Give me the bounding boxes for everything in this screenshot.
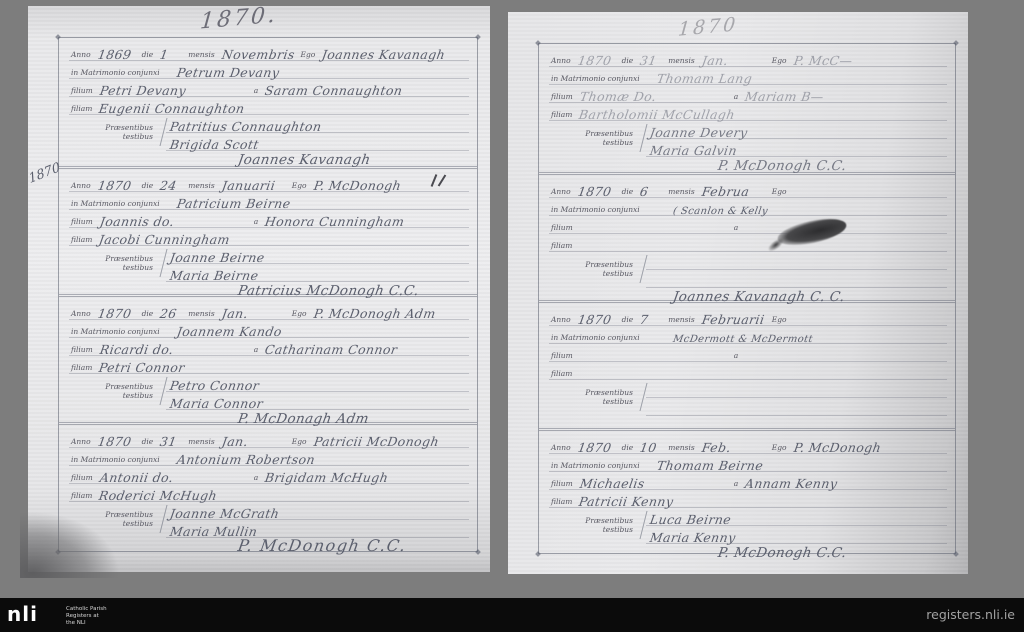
praesentibus-label: Præsentibus <box>69 123 153 132</box>
register-entry: Anno 1869 die 1 mensis Novembris Ego Joa… <box>59 38 477 166</box>
page-year-title: 1870. <box>199 2 279 34</box>
conjunxi-label: in Matrimonio conjunxi <box>551 205 640 214</box>
bride-father-value: Petri Connor <box>98 360 186 375</box>
witness1-row: Petro Connor <box>166 374 469 392</box>
witness2-value: Maria Beirne <box>169 268 260 283</box>
signature-value: P. McDonogh C.C. <box>236 536 408 555</box>
mensis-label: mensis <box>188 181 214 190</box>
mensis-label: mensis <box>188 50 214 59</box>
groom-value: Thomam Beirne <box>655 458 764 473</box>
anno-label: Anno <box>551 56 571 65</box>
groom-father-value: Thomæ Do. <box>579 89 729 104</box>
ego-label: Ego <box>772 56 787 65</box>
anno-label: Anno <box>551 443 571 452</box>
mensis-value: Januarii <box>221 178 287 193</box>
witness1-row: Joanne Devery <box>646 121 947 139</box>
witness1-row: Luca Beirne <box>646 508 947 526</box>
fathers-row: filium Petri Devany a Saram Connaughton <box>69 79 469 97</box>
witness2-value: Maria Galvin <box>649 143 738 158</box>
celebrant-value: P. McDonogh Adm <box>312 306 436 321</box>
die-value: 24 <box>159 178 183 193</box>
page-year-title: 1870 <box>677 13 739 41</box>
ego-label: Ego <box>772 315 787 324</box>
margin-year-note: 1870 <box>27 160 61 187</box>
register-form: Anno 1869 die 1 mensis Novembris Ego Joa… <box>58 37 478 552</box>
die-value: 10 <box>639 440 663 455</box>
fathers-row: filium Ricardi do. a Catharinam Connor <box>69 338 469 356</box>
praesentibus-label: Præsentibus <box>549 129 633 138</box>
groom-value: Thomam Lang <box>655 71 753 86</box>
groom-father-value: Petri Devany <box>99 83 249 98</box>
fathers-row: filium a <box>549 344 947 362</box>
anno-value: 1870 <box>96 434 136 449</box>
celebrant-value: Patricii McDonogh <box>312 434 439 449</box>
testibus-word: testibus <box>549 525 633 534</box>
groom-value: McDermott & McDermott <box>672 334 814 345</box>
groom-father-value: Joannis do. <box>99 214 249 229</box>
groom-row: in Matrimonio conjunxi Joannem Kando <box>69 320 469 338</box>
mensis-label: mensis <box>668 315 694 324</box>
ego-label: Ego <box>772 443 787 452</box>
anno-label: Anno <box>71 437 91 446</box>
filium-label: filium <box>71 86 93 95</box>
die-value: 31 <box>639 53 663 68</box>
register-entry: Anno 1870 die 7 mensis Februarii Ego in … <box>539 300 955 428</box>
witness1-value: Joanne Beirne <box>169 250 266 265</box>
register-entry: Anno 1870 die 10 mensis Feb. Ego P. McDo… <box>539 428 955 556</box>
die-label: die <box>142 50 154 59</box>
conjunxi-label: in Matrimonio conjunxi <box>71 68 160 77</box>
ego-label: Ego <box>292 437 307 446</box>
ego-label: Ego <box>300 50 315 59</box>
testibus-word: testibus <box>69 391 153 400</box>
praesentibus-label: Præsentibus <box>69 254 153 263</box>
witness2-value: Maria Connor <box>169 396 265 411</box>
anno-label: Anno <box>551 187 571 196</box>
register-page-left: 1870. 1870 Anno 1869 die 1 mensis Novemb… <box>28 6 490 572</box>
date-row: Anno 1870 die 24 mensis Januarii Ego P. … <box>69 174 469 192</box>
signature-row: P. McDonogh C.C. <box>69 536 469 552</box>
witnesses-block: Præsentibus testibus <box>549 252 947 286</box>
testibus-word: testibus <box>69 519 153 528</box>
die-label: die <box>622 443 634 452</box>
a-label: a <box>254 217 258 226</box>
tagline-line: Catholic Parish <box>66 606 107 613</box>
signature-row: P. McDonogh C.C. <box>549 155 947 171</box>
bride-father-value: Jacobi Cunningham <box>98 232 231 247</box>
filium-label: filium <box>551 479 573 488</box>
celebrant-value: Joannes Kavanagh <box>321 47 447 62</box>
bride-father-row: filiam Bartholomii McCullagh <box>549 103 947 121</box>
date-row: Anno 1870 die 31 mensis Jan. Ego Patrici… <box>69 430 469 448</box>
die-label: die <box>142 309 154 318</box>
filiam-label: filiam <box>71 363 92 372</box>
groom-father-value: Michaelis <box>579 476 729 491</box>
date-row: Anno 1870 die 7 mensis Februarii Ego <box>549 308 947 326</box>
conjunxi-label: in Matrimonio conjunxi <box>551 74 640 83</box>
corner-mark <box>55 549 61 555</box>
praesentibus-label: Præsentibus <box>69 510 153 519</box>
die-label: die <box>622 187 634 196</box>
conjunxi-label: in Matrimonio conjunxi <box>551 333 640 342</box>
nli-tagline: Catholic Parish Registers at the NLI <box>66 606 107 627</box>
bride-father-row: filiam <box>549 234 947 252</box>
signature-value: P. McDonogh C.C. <box>717 545 848 561</box>
groom-value: Joannem Kando <box>175 324 282 339</box>
a-label: a <box>254 345 258 354</box>
testibus-word: testibus <box>69 263 153 272</box>
die-value: 6 <box>639 184 663 199</box>
tagline-line: Registers at <box>66 613 107 620</box>
a-label: a <box>254 86 258 95</box>
groom-row: in Matrimonio conjunxi Thomam Lang <box>549 67 947 85</box>
register-entry: Anno 1870 die 31 mensis Jan. Ego P. McC—… <box>539 44 955 172</box>
groom-row: in Matrimonio conjunxi ( Scanlon & Kelly <box>549 198 947 216</box>
ego-label: Ego <box>772 187 787 196</box>
filiam-label: filiam <box>71 235 92 244</box>
witnesses-block: Præsentibus testibus Luca Beirne Maria K… <box>549 508 947 542</box>
filium-label: filium <box>551 351 573 360</box>
mensis-value: Jan. <box>701 53 767 68</box>
conjunxi-label: in Matrimonio conjunxi <box>71 455 160 464</box>
testibus-word: testibus <box>549 269 633 278</box>
testibus-label: Præsentibus testibus <box>549 252 633 286</box>
date-row: Anno 1870 die 6 mensis Februa Ego <box>549 180 947 198</box>
anno-label: Anno <box>71 50 91 59</box>
witness1-row <box>646 380 947 398</box>
testibus-label: Præsentibus testibus <box>549 508 633 542</box>
witnesses-block: Præsentibus testibus Patritius Connaught… <box>69 115 469 149</box>
testibus-label: Præsentibus testibus <box>549 380 633 414</box>
tagline-line: the NLI <box>66 620 107 627</box>
mensis-value: Novembris <box>221 47 296 62</box>
testibus-label: Præsentibus testibus <box>69 502 153 536</box>
anno-label: Anno <box>71 181 91 190</box>
register-entry: Anno 1870 die 26 mensis Jan. Ego P. McDo… <box>59 294 477 422</box>
witnesses-block: Præsentibus testibus Petro Connor Maria … <box>69 374 469 408</box>
testibus-word: testibus <box>549 397 633 406</box>
die-value: 1 <box>159 47 183 62</box>
die-value: 31 <box>159 434 183 449</box>
testibus-label: Præsentibus testibus <box>69 115 153 149</box>
witness1-row: Patritius Connaughton <box>166 115 469 133</box>
groom-row: in Matrimonio conjunxi Patricium Beirne <box>69 192 469 210</box>
filium-label: filium <box>71 345 93 354</box>
mensis-label: mensis <box>668 56 694 65</box>
bride-father-value: Eugenii Connaughton <box>98 101 246 116</box>
register-entry: Anno 1870 die 6 mensis Februa Ego in Mat… <box>539 172 955 300</box>
witness2-row <box>646 398 947 416</box>
die-label: die <box>142 181 154 190</box>
bride-father-value: Patricii Kenny <box>578 494 675 509</box>
celebrant-value: P. McDonogh <box>312 178 402 193</box>
conjunxi-label: in Matrimonio conjunxi <box>71 327 160 336</box>
testibus-label: Præsentibus testibus <box>549 121 633 155</box>
die-value: 7 <box>639 312 663 327</box>
bride-father-row: filiam Jacobi Cunningham <box>69 228 469 246</box>
mensis-value: Februa <box>701 184 767 199</box>
bride-value: Honora Cunningham <box>264 214 406 229</box>
witness1-value: Joanne McGrath <box>169 506 281 521</box>
register-entry: Anno 1870 die 24 mensis Januarii Ego P. … <box>59 166 477 294</box>
witnesses-block: Præsentibus testibus Joanne McGrath Mari… <box>69 502 469 536</box>
groom-value: ( Scanlon & Kelly <box>672 206 769 217</box>
bride-value: Brigidam McHugh <box>264 470 390 485</box>
praesentibus-label: Præsentibus <box>549 260 633 269</box>
fathers-row: filium a <box>549 216 947 234</box>
praesentibus-label: Præsentibus <box>69 382 153 391</box>
groom-row: in Matrimonio conjunxi Antonium Robertso… <box>69 448 469 466</box>
bride-father-row: filiam Patricii Kenny <box>549 490 947 508</box>
fathers-row: filium Joannis do. a Honora Cunningham <box>69 210 469 228</box>
pen-marks <box>429 174 449 188</box>
groom-value: Patricium Beirne <box>175 196 291 211</box>
mensis-label: mensis <box>188 437 214 446</box>
die-label: die <box>142 437 154 446</box>
bride-value: Catharinam Connor <box>264 342 399 357</box>
groom-value: Petrum Devany <box>175 65 280 80</box>
witness2-value: Maria Kenny <box>649 530 737 545</box>
anno-value: 1870 <box>96 178 136 193</box>
groom-row: in Matrimonio conjunxi McDermott & McDer… <box>549 326 947 344</box>
witness1-value: Patritius Connaughton <box>169 119 323 134</box>
filium-label: filium <box>551 92 573 101</box>
anno-value: 1870 <box>576 440 616 455</box>
bride-father-row: filiam Eugenii Connaughton <box>69 97 469 115</box>
bride-father-value: Bartholomii McCullagh <box>578 107 736 122</box>
register-form: Anno 1870 die 31 mensis Jan. Ego P. McC—… <box>538 43 956 554</box>
witnesses-block: Præsentibus testibus Joanne Devery Maria… <box>549 121 947 155</box>
a-label: a <box>254 473 258 482</box>
witness1-value: Joanne Devery <box>649 125 749 140</box>
groom-father-value: Antonii do. <box>99 470 249 485</box>
groom-father-value: Ricardi do. <box>99 342 249 357</box>
filium-label: filium <box>551 223 573 232</box>
fathers-row: filium Antonii do. a Brigidam McHugh <box>69 466 469 484</box>
witness2-value: Brigida Scott <box>169 137 260 152</box>
anno-value: 1870 <box>576 184 616 199</box>
date-row: Anno 1869 die 1 mensis Novembris Ego Joa… <box>69 43 469 61</box>
date-row: Anno 1870 die 10 mensis Feb. Ego P. McDo… <box>549 436 947 454</box>
bride-father-row: filiam Petri Connor <box>69 356 469 374</box>
mensis-label: mensis <box>188 309 214 318</box>
a-label: a <box>734 223 738 232</box>
filiam-label: filiam <box>71 104 92 113</box>
anno-value: 1870 <box>576 312 616 327</box>
mensis-value: Feb. <box>701 440 767 455</box>
bride-father-row: filiam <box>549 362 947 380</box>
witness1-row: Joanne McGrath <box>166 502 469 520</box>
a-label: a <box>734 92 738 101</box>
footer-bar: nli Catholic Parish Registers at the NLI… <box>0 598 1024 632</box>
mensis-value: Jan. <box>221 434 287 449</box>
anno-value: 1870 <box>576 53 616 68</box>
witnesses-block: Præsentibus testibus <box>549 380 947 414</box>
ego-label: Ego <box>292 309 307 318</box>
celebrant-value: P. McC— <box>792 53 853 68</box>
witness1-value: Petro Connor <box>169 378 261 393</box>
filiam-label: filiam <box>71 491 92 500</box>
a-label: a <box>734 479 738 488</box>
conjunxi-label: in Matrimonio conjunxi <box>71 199 160 208</box>
mensis-label: mensis <box>668 443 694 452</box>
praesentibus-label: Præsentibus <box>549 516 633 525</box>
anno-label: Anno <box>551 315 571 324</box>
mensis-value: Februarii <box>701 312 767 327</box>
witness1-row: Joanne Beirne <box>166 246 469 264</box>
bride-father-value: Roderici McHugh <box>98 488 218 503</box>
anno-label: Anno <box>71 309 91 318</box>
a-label: a <box>734 351 738 360</box>
corner-mark <box>475 549 481 555</box>
date-row: Anno 1870 die 26 mensis Jan. Ego P. McDo… <box>69 302 469 320</box>
testibus-word: testibus <box>549 138 633 147</box>
signature-row: Joannes Kavanagh <box>69 149 469 165</box>
groom-row: in Matrimonio conjunxi Petrum Devany <box>69 61 469 79</box>
date-row: Anno 1870 die 31 mensis Jan. Ego P. McC— <box>549 49 947 67</box>
celebrant-value: P. McDonogh <box>792 440 882 455</box>
testibus-label: Præsentibus testibus <box>69 374 153 408</box>
bride-value: Saram Connaughton <box>264 83 404 98</box>
anno-value: 1870 <box>96 306 136 321</box>
bride-father-row: filiam Roderici McHugh <box>69 484 469 502</box>
filiam-label: filiam <box>551 241 572 250</box>
filiam-label: filiam <box>551 369 572 378</box>
conjunxi-label: in Matrimonio conjunxi <box>551 461 640 470</box>
witness1-value: Luca Beirne <box>649 512 733 527</box>
witnesses-block: Præsentibus testibus Joanne Beirne Maria… <box>69 246 469 280</box>
die-value: 26 <box>159 306 183 321</box>
die-label: die <box>622 315 634 324</box>
filium-label: filium <box>71 473 93 482</box>
site-watermark: registers.nli.ie <box>926 607 1015 622</box>
filiam-label: filiam <box>551 497 572 506</box>
praesentibus-label: Præsentibus <box>549 388 633 397</box>
die-label: die <box>622 56 634 65</box>
filium-label: filium <box>71 217 93 226</box>
witness1-row <box>646 252 947 270</box>
fathers-row: filium Thomæ Do. a Mariam B— <box>549 85 947 103</box>
mensis-label: mensis <box>668 187 694 196</box>
testibus-label: Præsentibus testibus <box>69 246 153 280</box>
anno-value: 1869 <box>96 47 136 62</box>
nli-logo: nli <box>7 602 38 626</box>
bride-value: Mariam B— <box>744 89 825 104</box>
register-entry: Anno 1870 die 31 mensis Jan. Ego Patrici… <box>59 422 477 550</box>
groom-row: in Matrimonio conjunxi Thomam Beirne <box>549 454 947 472</box>
fathers-row: filium Michaelis a Annam Kenny <box>549 472 947 490</box>
register-page-right: 1870 Anno 1870 die 31 mensis Jan. Ego P.… <box>508 12 968 574</box>
ego-label: Ego <box>292 181 307 190</box>
mensis-value: Jan. <box>221 306 287 321</box>
testibus-word: testibus <box>69 132 153 141</box>
filiam-label: filiam <box>551 110 572 119</box>
bride-value: Annam Kenny <box>744 476 839 491</box>
signature-row: P. McDonogh C.C. <box>549 542 947 558</box>
groom-value: Antonium Robertson <box>175 452 315 467</box>
